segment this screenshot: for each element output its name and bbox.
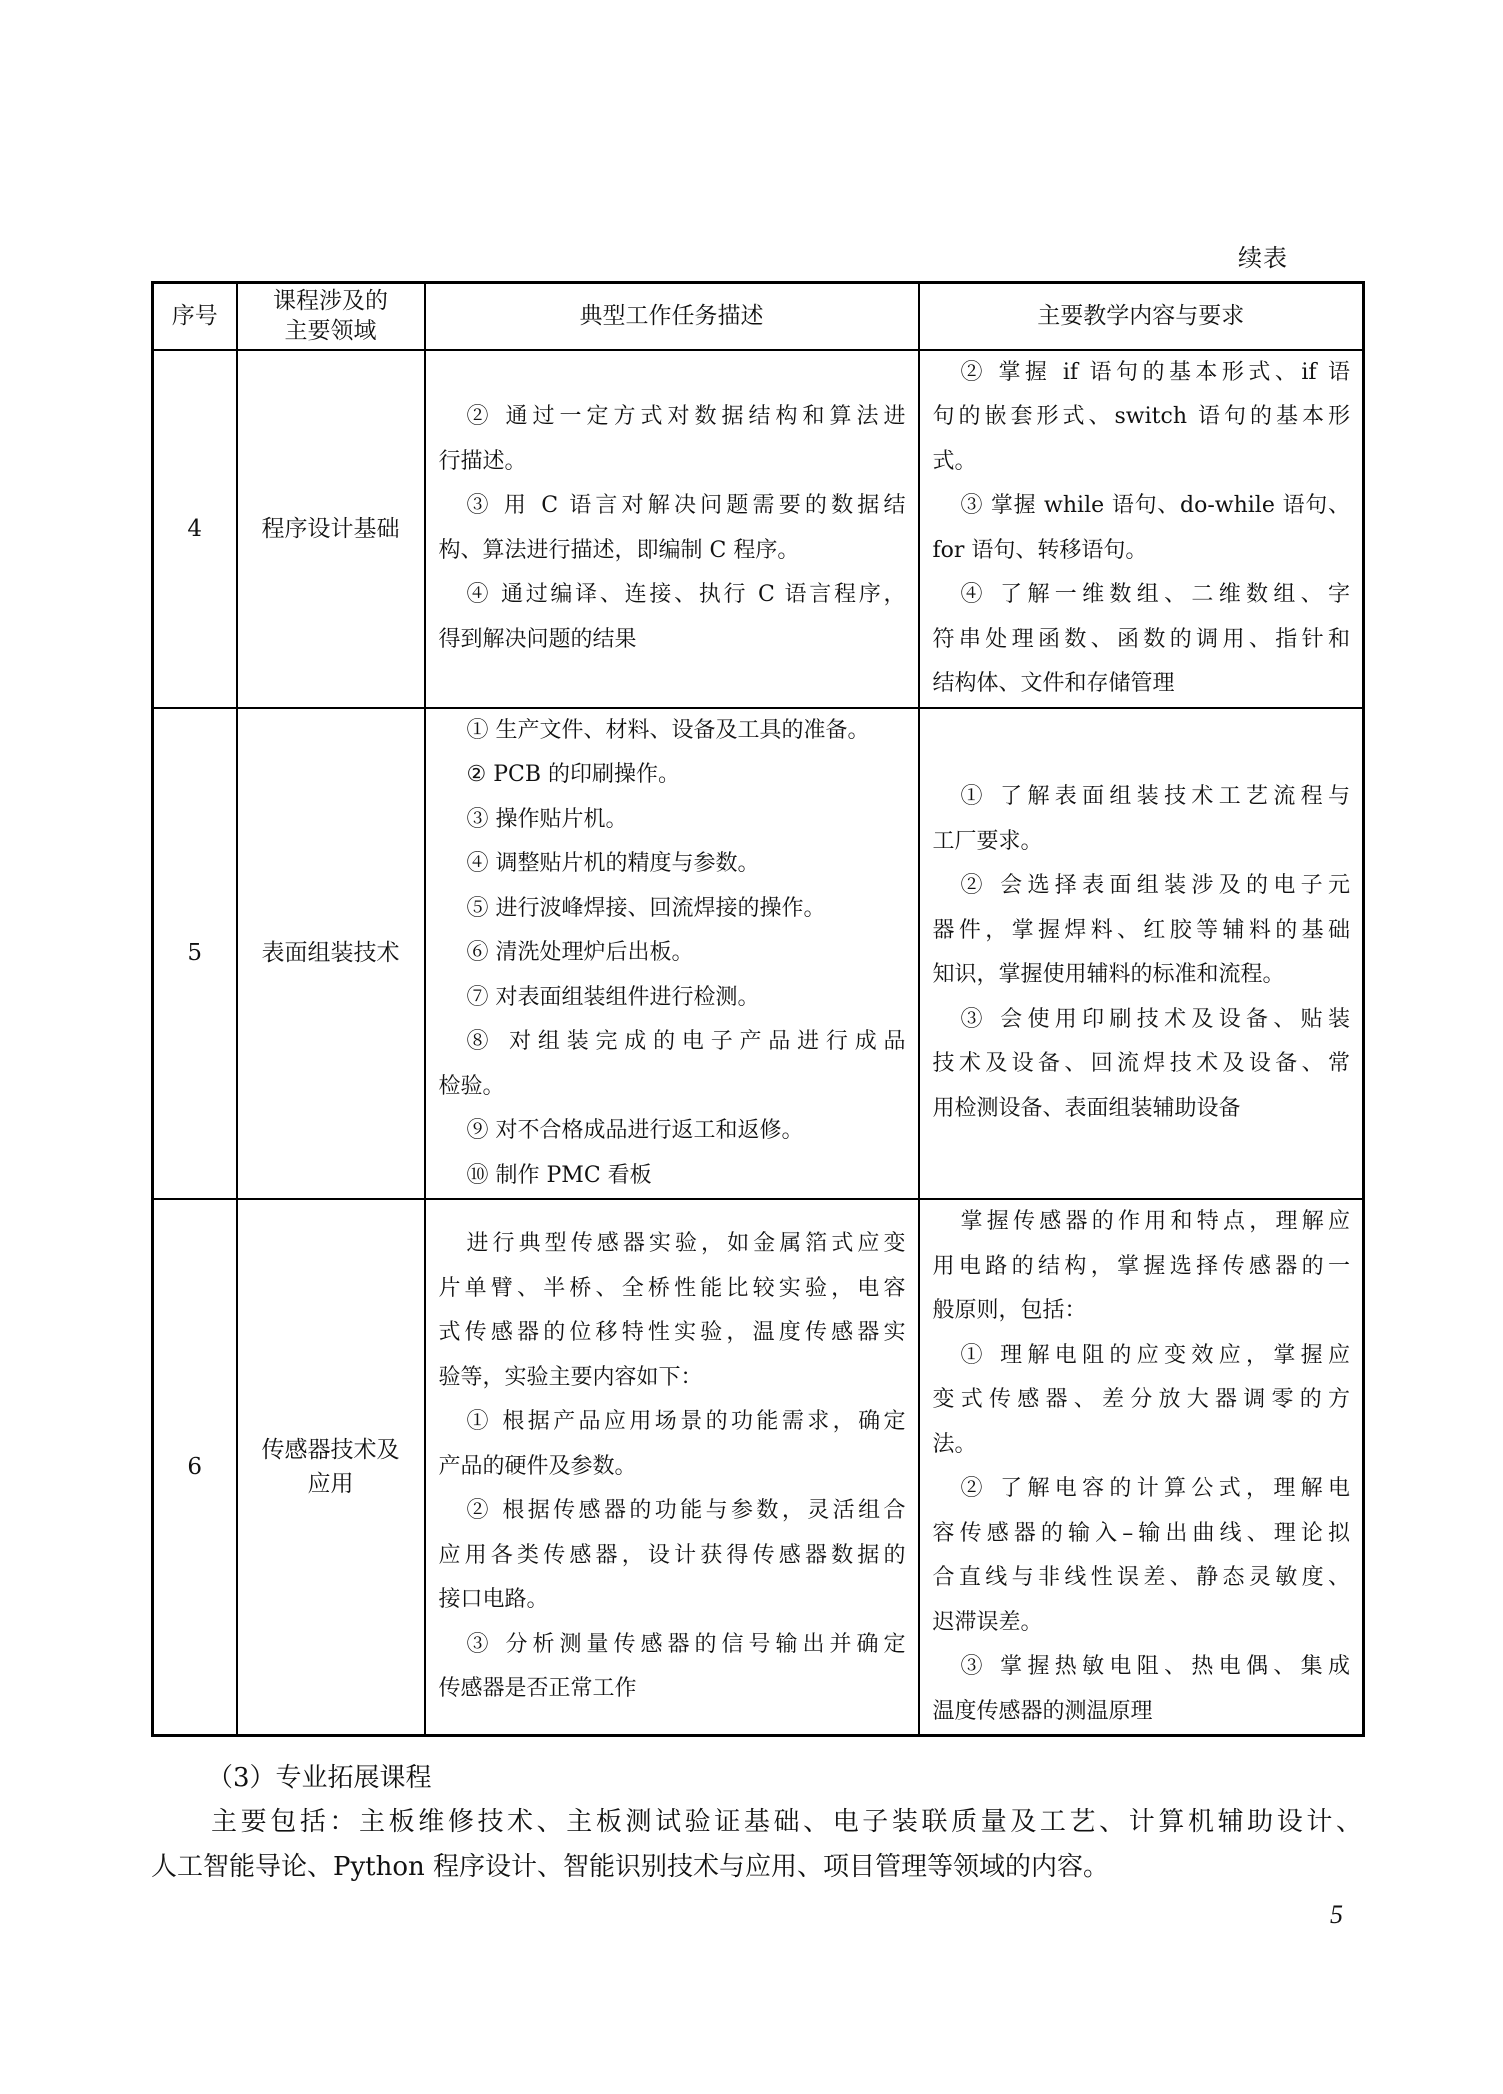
content-line: ③ 会使用印刷技术及设备、贴装 — [933, 998, 1351, 1043]
row-course-area: 表面组装技术 — [237, 708, 425, 1200]
content-line: 器件，掌握焊料、红胶等辅料的基础 — [933, 909, 1351, 954]
row-typical-tasks: 进行典型传感器实验，如金属箔式应变片单臂、半桥、全桥性能比较实验，电容式传感器的… — [425, 1199, 919, 1736]
task-line: 接口电路。 — [439, 1578, 906, 1623]
content-line: ④ 了解一维数组、二维数组、字 — [933, 573, 1351, 618]
row-typical-tasks: ② 通过一定方式对数据结构和算法进行描述。③ 用 C 语言对解决问题需要的数据结… — [425, 350, 919, 708]
row-course-area: 程序设计基础 — [237, 350, 425, 708]
content-line: 句的嵌套形式、switch 语句的基本形 — [933, 395, 1351, 440]
task-line: 进行典型传感器实验，如金属箔式应变 — [439, 1222, 906, 1267]
content-line: ③ 掌握 while 语句、do-while 语句、 — [933, 484, 1351, 529]
task-line: 传感器是否正常工作 — [439, 1667, 906, 1712]
header-area-line: 主要领域 — [238, 316, 424, 346]
task-line: 片单臂、半桥、全桥性能比较实验，电容 — [439, 1267, 906, 1312]
task-line: ④ 通过编译、连接、执行 C 语言程序， — [439, 573, 906, 618]
content-line: 合直线与非线性误差、静态灵敏度、 — [933, 1556, 1351, 1601]
header-serial-no: 序号 — [153, 283, 237, 350]
task-line: ② 通过一定方式对数据结构和算法进 — [439, 395, 906, 440]
content-line: 式。 — [933, 440, 1351, 485]
content-line: for 语句、转移语句。 — [933, 529, 1351, 574]
table-row: 6传感器技术及应用进行典型传感器实验，如金属箔式应变片单臂、半桥、全桥性能比较实… — [153, 1199, 1364, 1736]
course-area-line: 程序设计基础 — [238, 512, 424, 546]
task-line: 构、算法进行描述，即编制 C 程序。 — [439, 529, 906, 574]
task-line: ① 生产文件、材料、设备及工具的准备。 — [439, 709, 906, 754]
table-row: 4程序设计基础② 通过一定方式对数据结构和算法进行描述。③ 用 C 语言对解决问… — [153, 350, 1364, 708]
content-line: ① 理解电阻的应变效应，掌握应 — [933, 1334, 1351, 1379]
table-row: 5表面组装技术① 生产文件、材料、设备及工具的准备。② PCB 的印刷操作。③ … — [153, 708, 1364, 1200]
content-line: 知识，掌握使用辅料的标准和流程。 — [933, 953, 1351, 998]
task-line: ③ 操作贴片机。 — [439, 798, 906, 843]
task-line: ③ 分析测量传感器的信号输出并确定 — [439, 1623, 906, 1668]
content-line: 用检测设备、表面组装辅助设备 — [933, 1087, 1351, 1132]
content-line: ② 掌握 if 语句的基本形式、if 语 — [933, 351, 1351, 396]
task-line: ② 根据传感器的功能与参数，灵活组合 — [439, 1489, 906, 1534]
task-line: ⑤ 进行波峰焊接、回流焊接的操作。 — [439, 887, 906, 932]
table-header-row: 序号 课程涉及的 主要领域 典型工作任务描述 主要教学内容与要求 — [153, 283, 1364, 350]
header-course-area: 课程涉及的 主要领域 — [237, 283, 425, 350]
header-typical-tasks: 典型工作任务描述 — [425, 283, 919, 350]
task-line: ① 根据产品应用场景的功能需求，确定 — [439, 1400, 906, 1445]
task-line: 检验。 — [439, 1065, 906, 1110]
content-line: ② 了解电容的计算公式，理解电 — [933, 1467, 1351, 1512]
task-line: 式传感器的位移特性实验，温度传感器实 — [439, 1311, 906, 1356]
content-line: 般原则，包括： — [933, 1289, 1351, 1334]
content-line: 结构体、文件和存储管理 — [933, 662, 1351, 707]
row-teaching-content: 掌握传感器的作用和特点，理解应用电路的结构，掌握选择传感器的一般原则，包括：① … — [919, 1199, 1364, 1736]
section-body-line: 主要包括：主板维修技术、主板测试验证基础、电子装联质量及工艺、计算机辅助设计、 — [151, 1800, 1362, 1845]
row-course-area: 传感器技术及应用 — [237, 1199, 425, 1736]
row-teaching-content: ② 掌握 if 语句的基本形式、if 语句的嵌套形式、switch 语句的基本形… — [919, 350, 1364, 708]
content-line: ③ 掌握热敏电阻、热电偶、集成 — [933, 1645, 1351, 1690]
content-line: ① 了解表面组装技术工艺流程与 — [933, 775, 1351, 820]
task-line: ⑦ 对表面组装组件进行检测。 — [439, 976, 906, 1021]
row-serial-no: 6 — [153, 1199, 237, 1736]
task-line: ⑥ 清洗处理炉后出板。 — [439, 931, 906, 976]
content-line: 变式传感器、差分放大器调零的方 — [933, 1378, 1351, 1423]
section-body: 主要包括：主板维修技术、主板测试验证基础、电子装联质量及工艺、计算机辅助设计、 … — [151, 1800, 1362, 1890]
content-line: 符串处理函数、函数的调用、指针和 — [933, 618, 1351, 663]
task-line: 得到解决问题的结果 — [439, 618, 906, 663]
task-line: ⑧ 对组装完成的电子产品进行成品 — [439, 1020, 906, 1065]
task-line: 验等，实验主要内容如下： — [439, 1356, 906, 1401]
content-line: 工厂要求。 — [933, 820, 1351, 865]
task-line: ④ 调整贴片机的精度与参数。 — [439, 842, 906, 887]
content-line: 法。 — [933, 1423, 1351, 1468]
row-serial-no: 5 — [153, 708, 237, 1200]
content-line: 用电路的结构，掌握选择传感器的一 — [933, 1245, 1351, 1290]
section-body-line: 人工智能导论、Python 程序设计、智能识别技术与应用、项目管理等领域的内容。 — [151, 1845, 1362, 1890]
content-line: 迟滞误差。 — [933, 1601, 1351, 1646]
continued-table-label: 续表 — [1238, 240, 1288, 276]
task-line: ⑩ 制作 PMC 看板 — [439, 1154, 906, 1199]
course-area-line: 应用 — [238, 1467, 424, 1501]
row-serial-no: 4 — [153, 350, 237, 708]
curriculum-table: 序号 课程涉及的 主要领域 典型工作任务描述 主要教学内容与要求 4程序设计基础… — [151, 281, 1365, 1737]
content-line: 容传感器的输入–输出曲线、理论拟 — [933, 1512, 1351, 1557]
row-typical-tasks: ① 生产文件、材料、设备及工具的准备。② PCB 的印刷操作。③ 操作贴片机。④… — [425, 708, 919, 1200]
task-line: ③ 用 C 语言对解决问题需要的数据结 — [439, 484, 906, 529]
content-line: 温度传感器的测温原理 — [933, 1690, 1351, 1735]
page-number: 5 — [1330, 1900, 1343, 1930]
task-line: 应用各类传感器，设计获得传感器数据的 — [439, 1534, 906, 1579]
content-line: 掌握传感器的作用和特点，理解应 — [933, 1200, 1351, 1245]
header-area-line: 课程涉及的 — [238, 286, 424, 316]
task-line: 行描述。 — [439, 440, 906, 485]
header-teaching-content: 主要教学内容与要求 — [919, 283, 1364, 350]
course-area-line: 传感器技术及 — [238, 1433, 424, 1467]
content-line: 技术及设备、回流焊技术及设备、常 — [933, 1042, 1351, 1087]
course-area-line: 表面组装技术 — [238, 936, 424, 970]
task-line: ② PCB 的印刷操作。 — [439, 753, 906, 798]
row-teaching-content: ① 了解表面组装技术工艺流程与工厂要求。② 会选择表面组装涉及的电子元器件，掌握… — [919, 708, 1364, 1200]
task-line: 产品的硬件及参数。 — [439, 1445, 906, 1490]
content-line: ② 会选择表面组装涉及的电子元 — [933, 864, 1351, 909]
task-line: ⑨ 对不合格成品进行返工和返修。 — [439, 1109, 906, 1154]
section-title: （3）专业拓展课程 — [151, 1756, 1418, 1801]
